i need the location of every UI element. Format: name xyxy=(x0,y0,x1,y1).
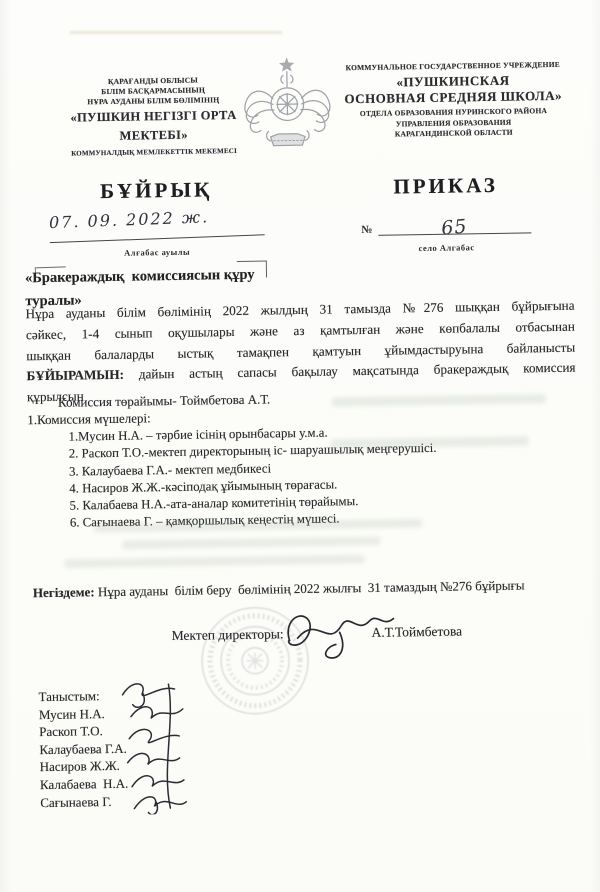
state-emblem-icon xyxy=(241,53,335,154)
scanned-order-document: ҚАРАҒАНДЫ ОБЛЫСЫ БІЛІМ БАСҚАРМАСЫНЫҢ НҰР… xyxy=(0,0,600,892)
bleed-through xyxy=(122,537,380,549)
order-body: Нұра ауданы білім бөлімінің 2022 жылдың … xyxy=(25,296,576,409)
letterhead-kazakh: ҚАРАҒАНДЫ ОБЛЫСЫ БІЛІМ БАСҚАРМАСЫНЫҢ НҰР… xyxy=(51,75,256,159)
date-line: 07. 09. 2022 ж. xyxy=(49,205,265,243)
number-sign: № xyxy=(361,224,378,236)
bleed-through xyxy=(331,436,529,448)
org-name-kk-line1: «ПУШКИН НЕГІЗГІ ОРТА xyxy=(51,108,255,127)
org-type-kk: КОММУНАЛДЫҚ МЕМЛЕКЕТТІК МЕКЕМЕСІ xyxy=(52,147,256,159)
letterhead-russian: КОММУНАЛЬНОЕ ГОСУДАРСТВЕННОЕ УЧРЕЖДЕНИЕ … xyxy=(325,60,582,142)
basis-line: Негіздеме: Нұра ауданы білім беру бөлімі… xyxy=(33,577,578,602)
bleed-through xyxy=(64,555,364,568)
order-block-kk: БҰЙРЫҚ 07. 09. 2022 ж. Алғабас ауылы xyxy=(48,177,264,259)
place-ru: село Алгабас xyxy=(354,241,540,254)
order-title-kk: БҰЙРЫҚ xyxy=(48,177,263,205)
director-signature-row: Мектеп директоры: А.Т.Тоймбетова xyxy=(171,618,462,649)
org-name-kk-line2: МЕКТЕБІ» xyxy=(52,126,256,145)
place-kk: Алғабас ауылы xyxy=(50,246,265,259)
order-number-row: № 65 xyxy=(353,207,539,236)
order-title-ru: ПРИКАЗ xyxy=(352,172,538,200)
bleed-through xyxy=(332,394,546,406)
director-label: Мектеп директоры: xyxy=(172,626,284,644)
director-signature xyxy=(279,605,398,665)
members-heading: 1.Комиссия мүшелері: xyxy=(27,410,151,428)
resolution-rest: дайын астың сапасы бақылау мақсатында бр… xyxy=(124,360,576,382)
org-name-ru-line2: ОСНОВНАЯ СРЕДНЯЯ ШКОЛА» xyxy=(325,88,581,108)
basis-label: Негіздеме: xyxy=(33,584,95,600)
handwritten-date: 07. 09. 2022 ж. xyxy=(49,207,210,232)
handwritten-order-number: 65 xyxy=(441,215,469,239)
order-block-ru: ПРИКАЗ № 65 село Алгабас xyxy=(352,172,539,254)
commission-chair-line: Комиссия төрайымы- Тоймбетова А.Т. xyxy=(58,391,270,410)
basis-text: Нұра ауданы білім беру бөлімінің 2022 жы… xyxy=(95,577,525,599)
org-district-line: НҰРА АУДАНЫ БІЛІМ БӨЛІМІНІҢ xyxy=(51,95,255,108)
member-signatures-cluster xyxy=(110,675,216,815)
resolution-word: БҰЙЫРАМЫН: xyxy=(26,367,124,384)
